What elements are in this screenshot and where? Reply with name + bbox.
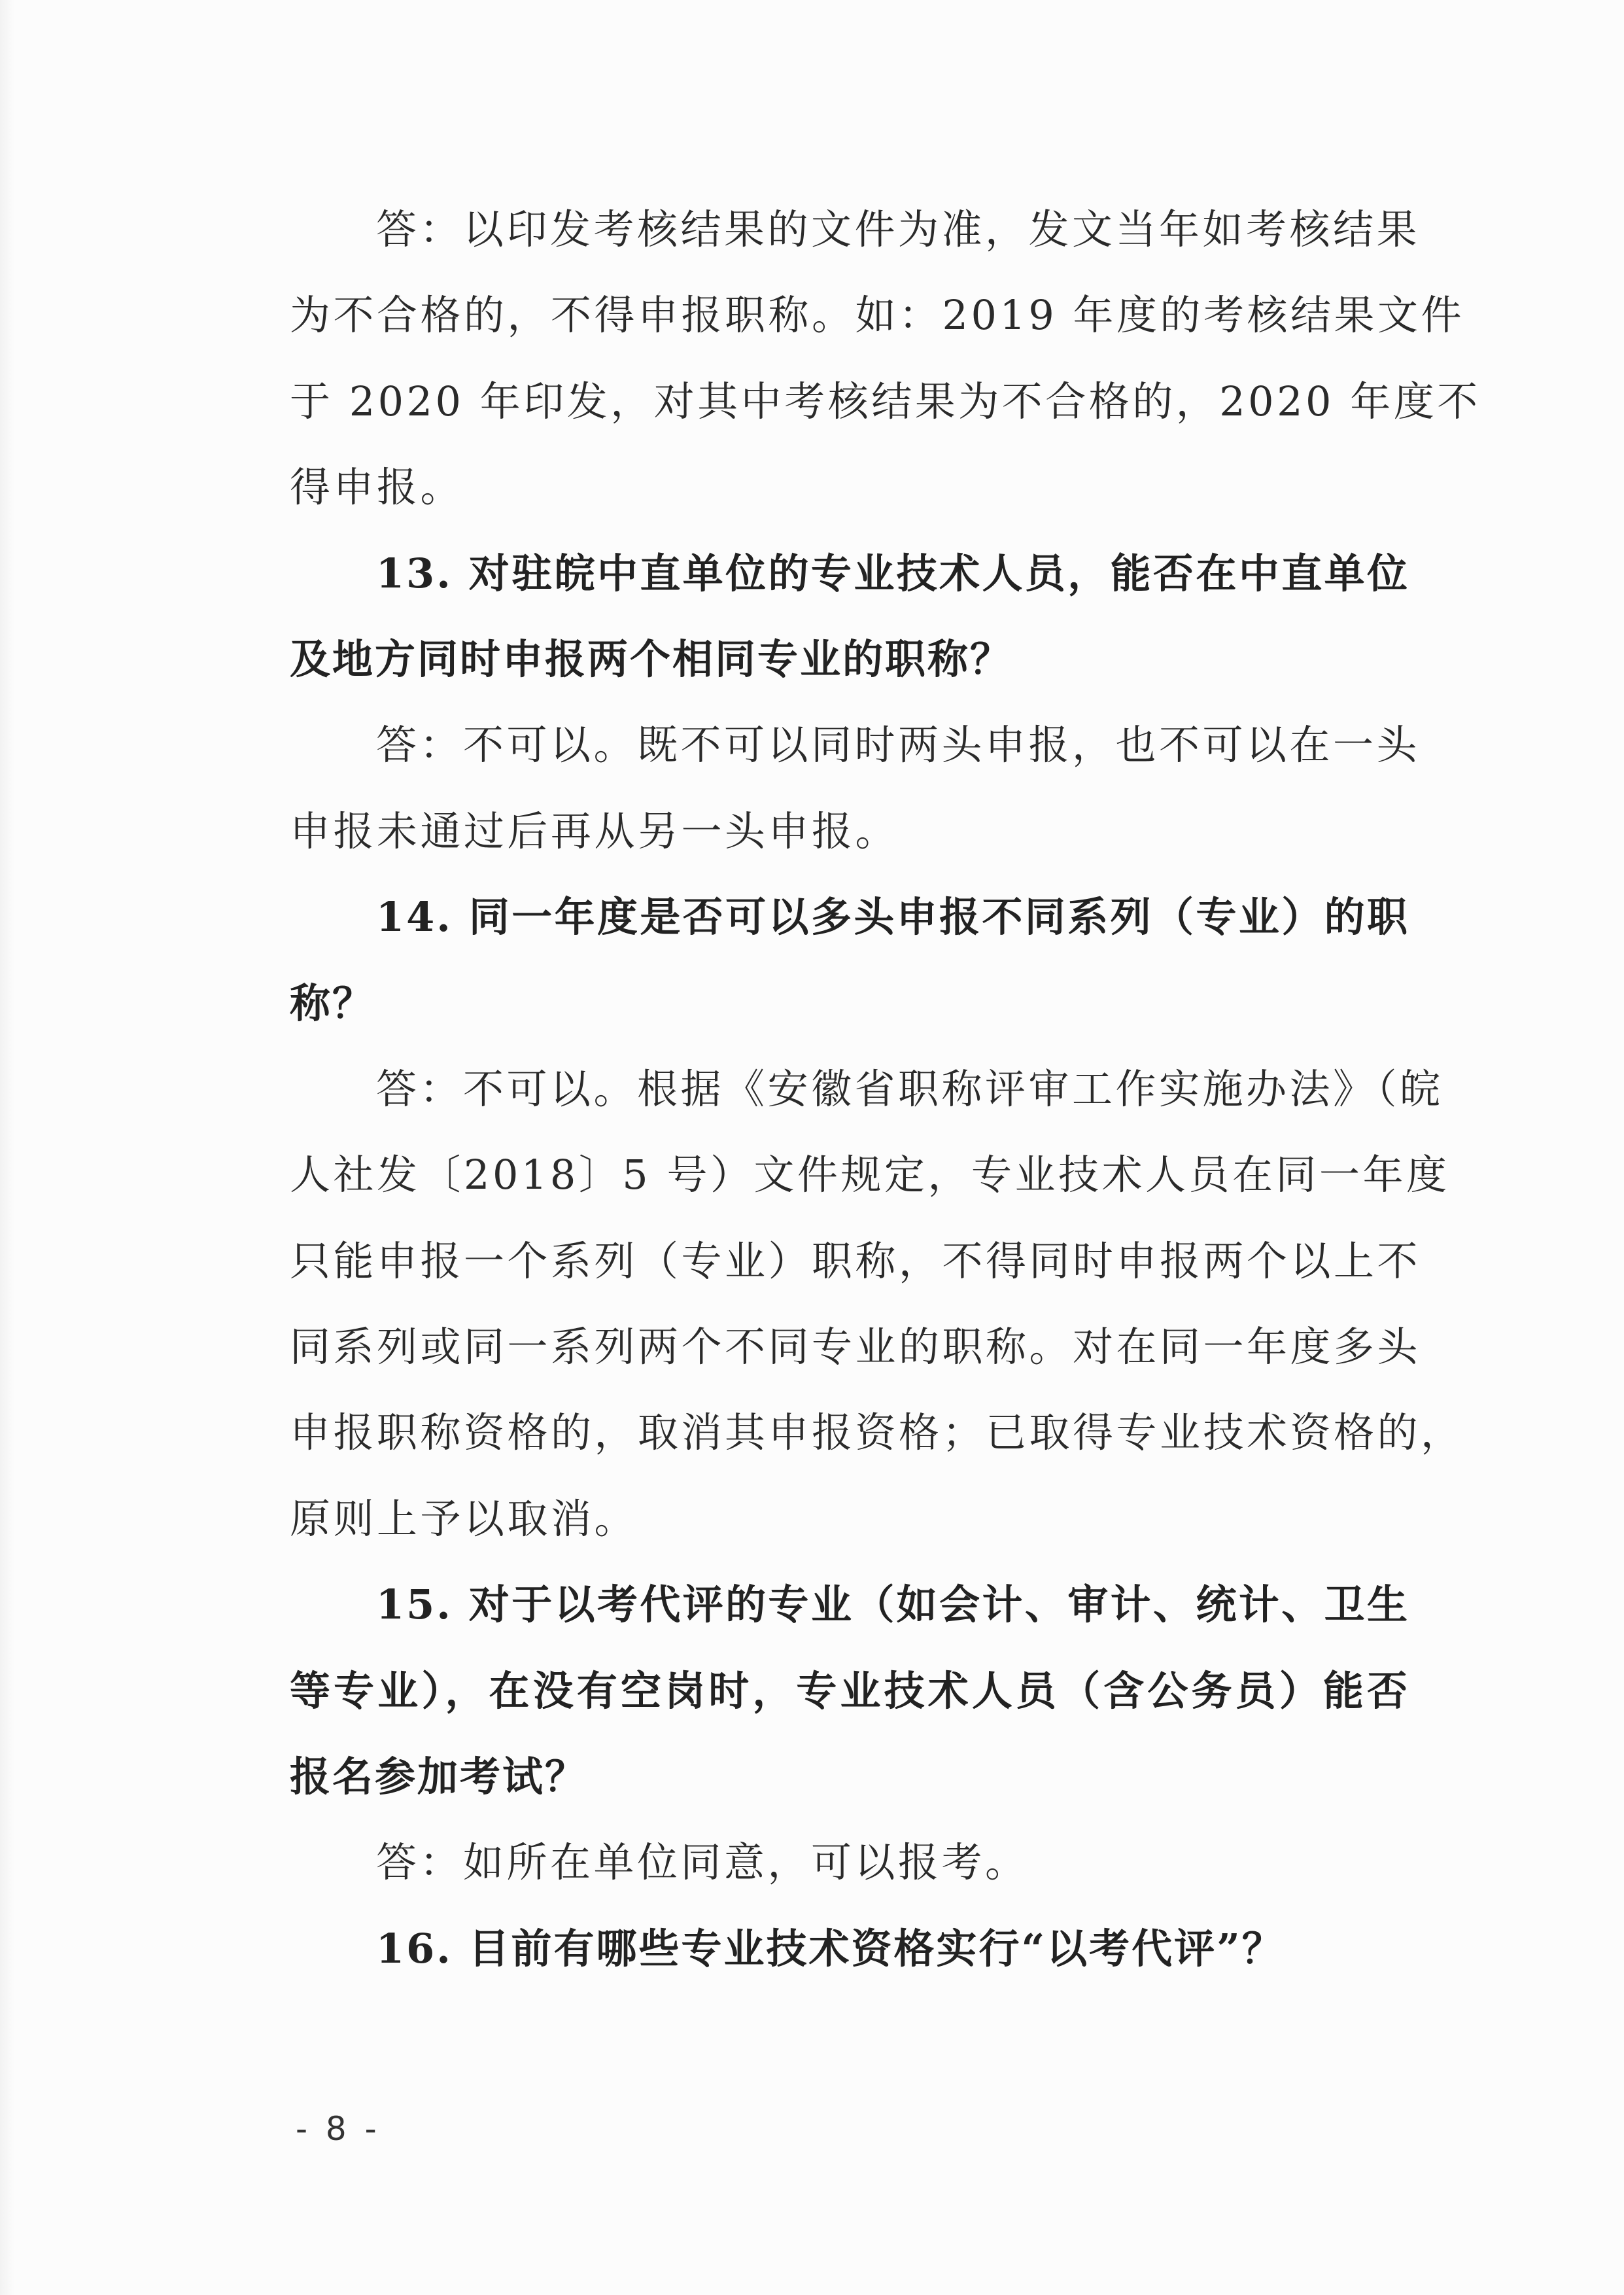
answer-14-line-1: 答：不可以。根据《安徽省职称评审工作实施办法》（皖: [290, 1046, 1409, 1132]
question-14-line-2: 称？: [290, 960, 1409, 1046]
answer-14-line-6: 原则上予以取消。: [290, 1476, 1409, 1562]
page-number: - 8 -: [296, 2110, 381, 2148]
answer-14-line-2: 人社发〔2018〕5 号）文件规定，专业技术人员在同一年度: [290, 1132, 1409, 1218]
question-15-line-1: 15. 对于以考代评的专业（如会计、审计、统计、卫生: [290, 1562, 1409, 1647]
document-page: 答：以印发考核结果的文件为准，发文当年如考核结果 为不合格的，不得申报职称。如：…: [0, 0, 1624, 2295]
question-15-line-3: 报名参加考试？: [290, 1734, 1409, 1819]
question-13-line-1: 13. 对驻皖中直单位的专业技术人员，能否在中直单位: [290, 531, 1409, 616]
answer-13-line-2: 申报未通过后再从另一头申报。: [290, 788, 1409, 874]
answer-15-line-1: 答：如所在单位同意，可以报考。: [290, 1819, 1409, 1905]
answer-12-line-4: 得申报。: [290, 444, 1409, 530]
document-body: 答：以印发考核结果的文件为准，发文当年如考核结果 为不合格的，不得申报职称。如：…: [290, 186, 1409, 1991]
answer-12-line-2: 为不合格的，不得申报职称。如：2019 年度的考核结果文件: [290, 272, 1409, 358]
answer-14-line-5: 申报职称资格的，取消其申报资格；已取得专业技术资格的，: [290, 1390, 1409, 1475]
question-16-line-1: 16. 目前有哪些专业技术资格实行“以考代评”？: [290, 1906, 1409, 1991]
question-13-line-2: 及地方同时申报两个相同专业的职称？: [290, 616, 1409, 702]
answer-13-line-1: 答：不可以。既不可以同时两头申报，也不可以在一头: [290, 702, 1409, 788]
answer-12-line-1: 答：以印发考核结果的文件为准，发文当年如考核结果: [290, 186, 1409, 272]
scan-edge-shadow: [0, 0, 14, 2295]
question-15-line-2: 等专业），在没有空岗时，专业技术人员（含公务员）能否: [290, 1648, 1409, 1734]
answer-12-line-3: 于 2020 年印发，对其中考核结果为不合格的，2020 年度不: [290, 359, 1409, 444]
answer-14-line-3: 只能申报一个系列（专业）职称，不得同时申报两个以上不: [290, 1218, 1409, 1304]
question-14-line-1: 14. 同一年度是否可以多头申报不同系列（专业）的职: [290, 874, 1409, 960]
answer-14-line-4: 同系列或同一系列两个不同专业的职称。对在同一年度多头: [290, 1304, 1409, 1390]
